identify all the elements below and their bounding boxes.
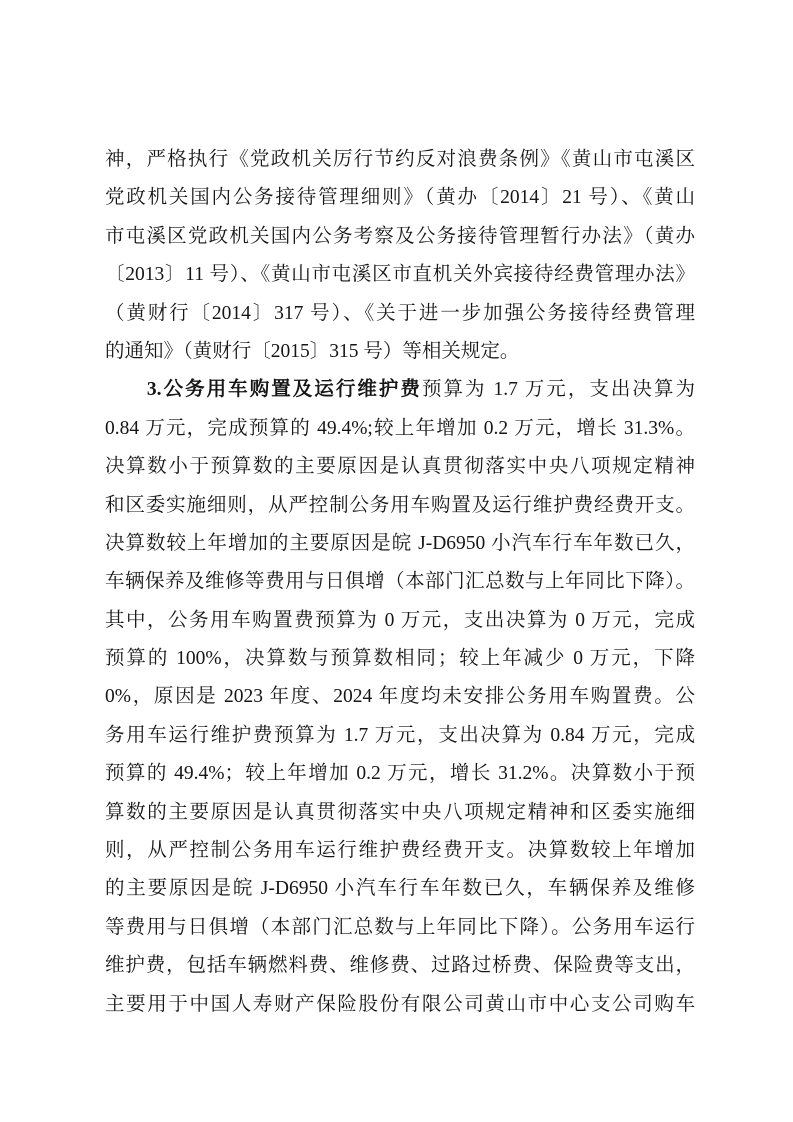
text-line: 等费用与日俱增（本部门汇总数与上年同比下降）。公务用车运行 [105,909,695,947]
document-page: 神，严格执行《党政机关厉行节约反对浪费条例》《黄山市屯溪区 党政机关国内公务接待… [0,0,793,1122]
section-3-heading: 3.公务用车购置及运行维护费 [147,379,422,400]
text-line: 务用车运行维护费预算为 1.7 万元，支出决算为 0.84 万元，完成 [105,717,695,755]
text-line: 车辆保养及维修等费用与日俱增（本部门汇总数与上年同比下降）。 [105,563,695,601]
text-line-section-heading: 3.公务用车购置及运行维护费预算为 1.7 万元，支出决算为 [105,371,695,409]
section-3-heading-continuation: 预算为 1.7 万元，支出决算为 [422,379,695,400]
text-line: 其中，公务用车购置费预算为 0 万元，支出决算为 0 万元，完成 [105,602,695,640]
text-line: 则，从严控制公务用车运行维护费经费开支。决算数较上年增加 [105,832,695,870]
text-line: 市屯溪区党政机关国内公务考察及公务接待管理暂行办法》（黄办 [105,218,695,256]
text-line: 和区委实施细则，从严控制公务用车购置及运行维护费经费开支。 [105,487,695,525]
text-line-paragraph-end: 的通知》（黄财行〔2015〕315 号）等相关规定。 [105,333,695,371]
text-line: 维护费，包括车辆燃料费、维修费、过路过桥费、保险费等支出， [105,947,695,985]
text-line: 0.84 万元，完成预算的 49.4%;较上年增加 0.2 万元，增长 31.3… [105,410,695,448]
text-line: 决算数小于预算数的主要原因是认真贯彻落实中央八项规定精神 [105,448,695,486]
text-line: 〔2013〕11 号）、《黄山市屯溪区市直机关外宾接待经费管理办法》 [105,256,695,294]
text-line: 主要用于中国人寿财产保险股份有限公司黄山市中心支公司购车 [105,986,695,1024]
text-line: （黄财行〔2014〕317 号）、《关于进一步加强公务接待经费管理 [105,295,695,333]
text-line: 0%，原因是 2023 年度、2024 年度均未安排公务用车购置费。公 [105,678,695,716]
text-line: 的主要原因是皖 J-D6950 小汽车行车年数已久，车辆保养及维修 [105,870,695,908]
document-text-block: 神，严格执行《党政机关厉行节约反对浪费条例》《黄山市屯溪区 党政机关国内公务接待… [105,141,695,1024]
text-line: 决算数较上年增加的主要原因是皖 J-D6950 小汽车行车年数已久， [105,525,695,563]
text-line: 算数的主要原因是认真贯彻落实中央八项规定精神和区委实施细 [105,794,695,832]
text-line: 预算的 49.4%；较上年增加 0.2 万元，增长 31.2%。决算数小于预 [105,755,695,793]
text-line: 神，严格执行《党政机关厉行节约反对浪费条例》《黄山市屯溪区 [105,141,695,179]
text-line: 预算的 100%，决算数与预算数相同；较上年减少 0 万元，下降 [105,640,695,678]
text-line: 党政机关国内公务接待管理细则》（黄办〔2014〕21 号）、《黄山 [105,179,695,217]
